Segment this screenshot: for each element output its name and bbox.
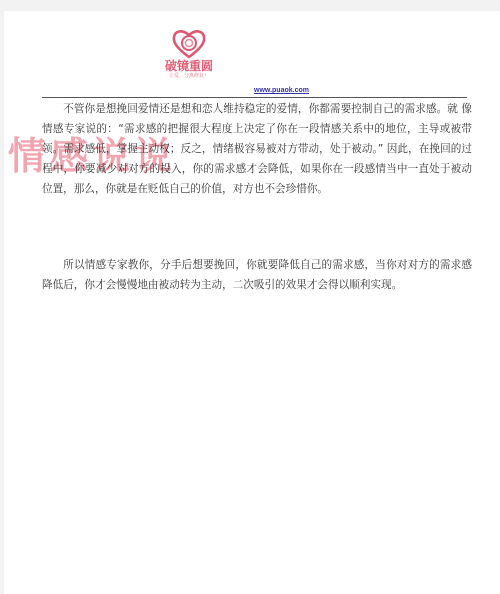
site-logo: 破镜重圆 让爱，分离修复！ [154, 29, 224, 87]
paragraph: 不管你是想挽回爱情还是想和恋人维持稳定的爱情，你都需要控制自己的需求感。就 像情… [42, 99, 472, 199]
paragraph: 所以情感专家教你，分手后想要挽回，你就要降低自己的需求感，当你对对方的需求感降低… [42, 255, 472, 295]
heart-rings-icon [172, 29, 206, 59]
article-body: 不管你是想挽回爱情还是想和恋人维持稳定的爱情，你都需要控制自己的需求感。就 像情… [42, 99, 472, 295]
header-divider [42, 97, 467, 98]
logo-title: 破镜重圆 [154, 60, 224, 73]
site-url-link[interactable]: www.puaok.com [254, 87, 309, 94]
logo-tagline: 让爱，分离修复！ [154, 73, 224, 79]
document-page: 情感说说 破镜重圆 让爱，分离修复！ www.puaok.com 不管你是想挽回… [4, 11, 500, 594]
